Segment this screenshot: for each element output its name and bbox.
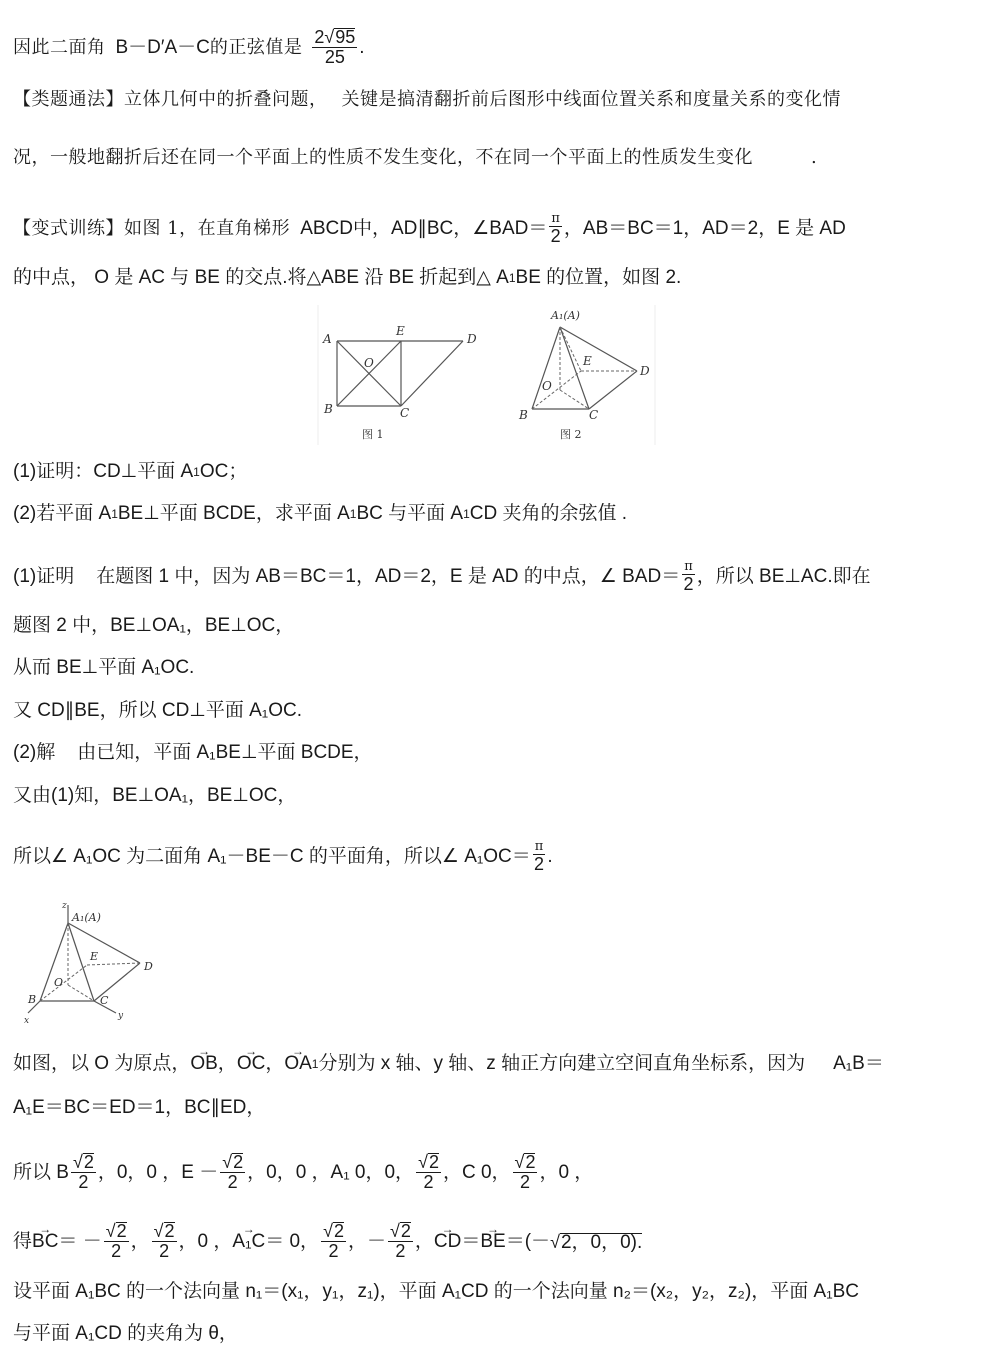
normal-line-2: 与平面 A₁CD 的夹角为 θ， xyxy=(13,1322,238,1346)
figure-3-coordinate-system: z A₁(A) E D O B C x y xyxy=(12,893,172,1028)
proof-line-2: 题图 2 中，BE⊥OA₁，BE⊥OC， xyxy=(13,614,294,638)
label-B: B xyxy=(518,408,528,422)
proof-line-7: 所以∠ A₁OC 为二面角 A₁－BE－C 的平面角，所以∠ A₁OC＝ π2 … xyxy=(13,840,553,874)
figure-1-trapezoid: A E D O B C 图 1 xyxy=(316,305,496,445)
label-C: C xyxy=(589,408,598,422)
label-A: A xyxy=(322,332,332,346)
label-B: B xyxy=(323,402,333,416)
label-O: O xyxy=(54,976,63,989)
label-E: E xyxy=(89,950,98,963)
text: 的正弦值是 xyxy=(210,36,303,60)
fraction-pi-over-2: π2 xyxy=(682,560,695,594)
label-O: O xyxy=(364,356,374,370)
points-line: 所以 B √22 ，0，0 ，E － √22 ，0，0 ，A₁ 0，0， √22… xyxy=(13,1153,593,1192)
dihedral-angle: B－D′A－C xyxy=(116,36,210,60)
exercise-line-2: 的中点， O 是 AC 与 BE 的交点.将△ABE 沿 BE 折起到△ A1B… xyxy=(13,266,681,290)
coords-line-1: 如图，以 O 为原点， OB， OC， OA1 分别为 x 轴、y 轴、z 轴正… xyxy=(13,1052,884,1076)
proof-line-6: 又由(1)知，BE⊥OA₁，BE⊥OC， xyxy=(13,784,296,808)
sine-conclusion: 因此二面角 B－D′A－C 的正弦值是 2√95 25 . xyxy=(13,28,365,67)
label-y: y xyxy=(117,1011,124,1021)
proof-line-5: (2)解由已知，平面 A₁BE⊥平面 BCDE， xyxy=(13,741,373,765)
fraction-pi-over-2: π2 xyxy=(533,840,546,874)
label-D: D xyxy=(639,364,650,378)
figure-1-caption: 图 1 xyxy=(362,428,384,441)
fraction-pi-over-2: π2 xyxy=(549,212,562,246)
question-1: (1)证明：CD⊥平面 A1OC； xyxy=(13,460,247,484)
proof-line-3: 从而 BE⊥平面 A₁OC. xyxy=(13,656,194,680)
label-x: x xyxy=(24,1016,29,1026)
question-2: (2)若平面 A1BE⊥平面 BCDE，求平面 A1BC 与平面 A1CD 夹角… xyxy=(13,502,627,526)
figure-2-folded: A₁(A) E D O B C 图 2 xyxy=(515,305,660,445)
label-E: E xyxy=(582,354,592,368)
fraction-sine-value: 2√95 25 xyxy=(312,28,357,67)
label-A1: A₁(A) xyxy=(71,911,101,924)
label-E: E xyxy=(395,324,405,338)
method-line-1: 【类题通法】 立体几何中的折叠问题， 关键是搞清翻折前后图形中线面位置关系和度量… xyxy=(13,88,841,112)
proof-line-1: (1)证明 在题图 1 中，因为 AB＝BC＝1，AD＝2，E 是 AD 的中点… xyxy=(13,560,871,594)
figure-2-caption: 图 2 xyxy=(560,428,582,441)
label-z: z xyxy=(61,901,67,911)
text: 因此二面角 xyxy=(13,36,106,60)
label-C: C xyxy=(400,406,409,420)
exercise-tag: 【变式训练】 xyxy=(13,217,124,241)
label-B: B xyxy=(27,993,36,1006)
label-A1: A₁(A) xyxy=(550,309,580,322)
method-tag: 【类题通法】 xyxy=(13,88,124,112)
label-D: D xyxy=(466,332,477,346)
normal-line-1: 设平面 A₁BC 的一个法向量 n₁＝(x₁，y₁，z₁)，平面 A₁CD 的一… xyxy=(13,1280,859,1304)
vectors-line: 得BC＝ － √22 ， √22 ，0 ， A₁C＝ 0， √22 ，－ √22… xyxy=(13,1222,642,1261)
coords-line-2: A₁E＝BC＝ED＝1，BC∥ED， xyxy=(13,1096,265,1120)
label-C: C xyxy=(100,994,109,1007)
exercise-line-1: 【变式训练】 如图 1，在直角梯形 ABCD 中，AD∥BC，∠BAD＝ π2 … xyxy=(13,212,846,246)
label-O: O xyxy=(542,379,552,393)
label-D: D xyxy=(143,960,153,973)
method-line-2: 况，一般地翻折后还在同一个平面上的性质不发生变化，不在同一个平面上的性质发生变化… xyxy=(13,146,817,170)
proof-line-4: 又 CD∥BE，所以 CD⊥平面 A₁OC. xyxy=(13,699,302,723)
